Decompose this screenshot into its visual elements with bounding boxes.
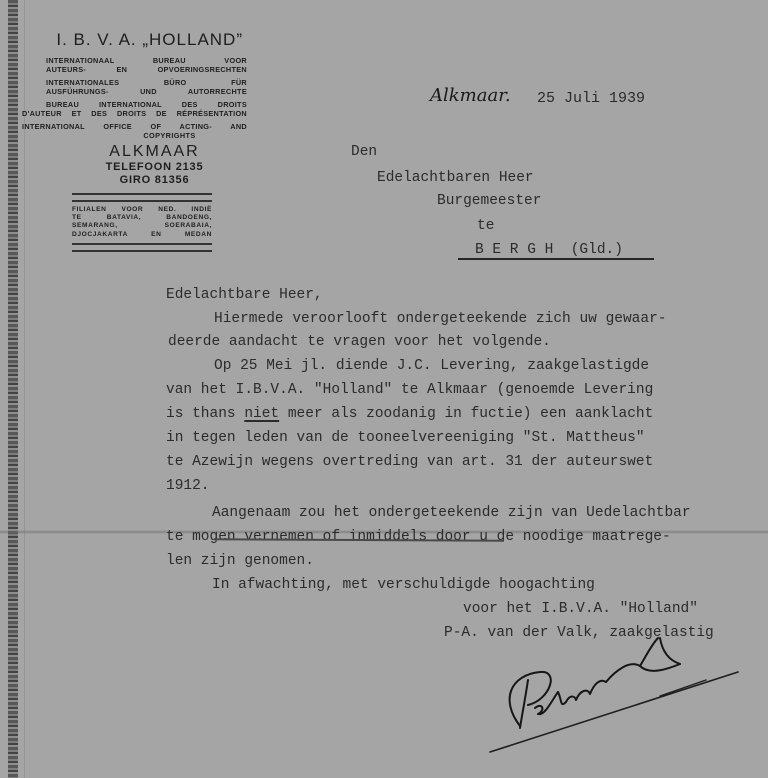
paragraph-1-line-2: deerde aandacht te vragen voor het volge… — [168, 334, 551, 350]
paragraph-2-line-3: is thans niet meer als zoodanig in fucti… — [166, 406, 653, 422]
date-place: Alkmaar. — [430, 85, 511, 106]
letterhead-title: I. B. V. A. „HOLLAND” — [22, 30, 247, 50]
emphasis-niet: niet — [244, 406, 279, 422]
paragraph-1-line-1: Hiermede veroorlooft ondergeteekende zic… — [214, 311, 666, 327]
paragraph-2-line-2: van het I.B.V.A. "Holland" te Alkmaar (g… — [166, 382, 653, 398]
letterhead-telephone: TELEFOON 2135 — [22, 161, 247, 174]
address-den: Den — [351, 144, 377, 160]
paragraph-2-line-5: te Azewijn wegens overtreding van art. 3… — [166, 454, 653, 470]
closing: In afwachting, met verschuldigde hoogach… — [212, 577, 595, 593]
letterhead-french: BUREAU INTERNATIONAL DES DROITS D'AUTEUR… — [22, 100, 247, 118]
letter-page: I. B. V. A. „HOLLAND” INTERNATIONAAL BUR… — [0, 0, 768, 778]
address-title: Edelachtbaren Heer — [377, 170, 534, 186]
letterhead-german: INTERNATIONALES BÜRO FÜR AUSFÜHRUNGS- UN… — [22, 78, 247, 96]
address-underline — [458, 258, 654, 260]
signature-on-behalf: voor het I.B.V.A. "Holland" — [463, 601, 698, 617]
handwritten-signature — [480, 630, 750, 778]
date-value: 25 Juli 1939 — [537, 90, 645, 107]
letterhead-dutch: INTERNATIONAAL BUREAU VOOR AUTEURS- EN O… — [22, 56, 247, 74]
paragraph-3-line-2: te mogen vernemen of inmiddels door u de… — [166, 529, 671, 545]
paragraph-3-line-3: len zijn genomen. — [166, 553, 314, 569]
paragraph-3-line-1: Aangenaam zou het ondergeteekende zijn v… — [212, 505, 691, 521]
letterhead-rule — [72, 193, 212, 202]
address-te: te — [477, 218, 494, 234]
letterhead: I. B. V. A. „HOLLAND” INTERNATIONAAL BUR… — [22, 30, 247, 252]
paragraph-2-line-1: Op 25 Mei jl. diende J.C. Levering, zaak… — [214, 358, 649, 374]
paragraph-2-line-4: in tegen leden van de tooneelvereeniging… — [166, 430, 645, 446]
letterhead-rule-bottom — [72, 243, 212, 252]
letterhead-branches: FILIALEN VOOR NED. INDIË TE BATAVIA, BAN… — [72, 206, 212, 239]
letterhead-city: ALKMAAR — [22, 143, 247, 161]
address-office: Burgemeester — [437, 193, 541, 209]
paragraph-2-line-6: 1912. — [166, 478, 210, 494]
letterhead-giro: GIRO 81356 — [22, 174, 247, 187]
binding-strip — [8, 0, 18, 778]
salutation: Edelachtbare Heer, — [166, 287, 323, 303]
address-place: B E R G H (Gld.) — [475, 242, 623, 258]
letterhead-english: INTERNATIONAL OFFICE OF ACTING- AND COPY… — [22, 122, 247, 140]
